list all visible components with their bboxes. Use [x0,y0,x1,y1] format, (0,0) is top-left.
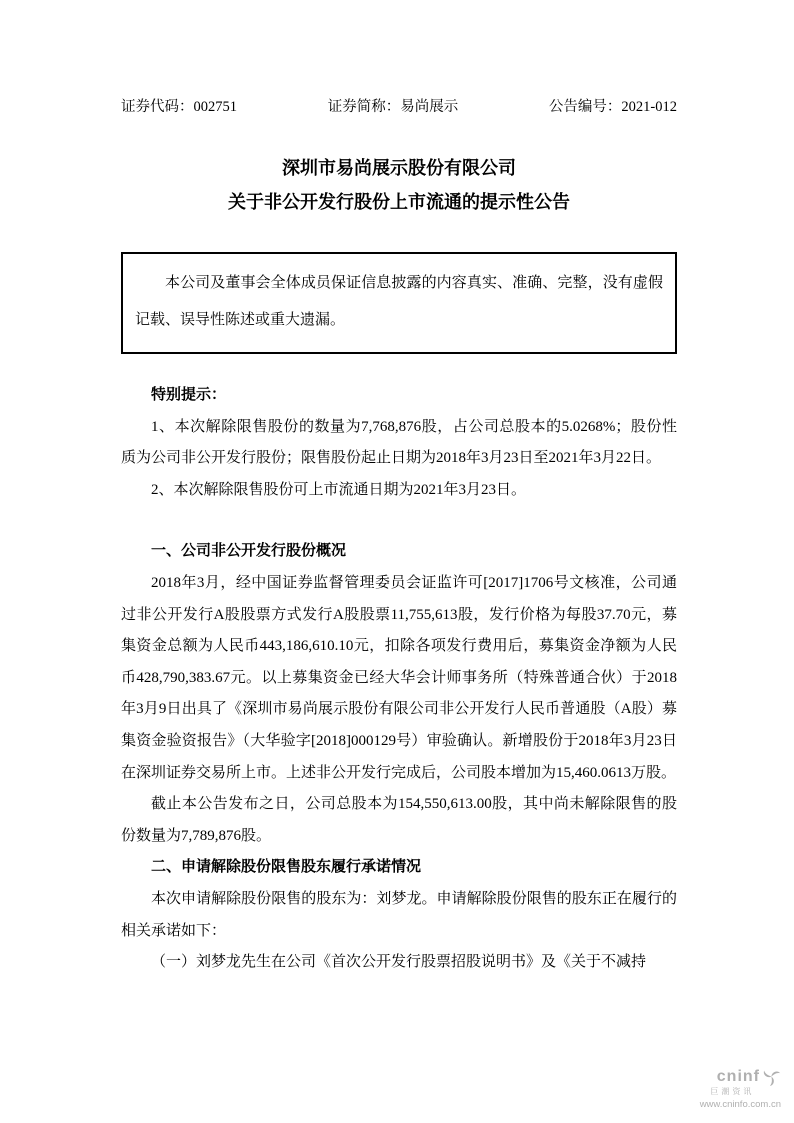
section-1-paragraph-2: 截止本公告发布之日，公司总股本为154,550,613.00股，其中尚未解除限售… [121,789,677,852]
special-notice-heading: 特别提示： [121,380,677,412]
cninfo-watermark: cninf 巨潮资讯 www.cninfo.com.cn [700,1067,781,1111]
special-notice-item-2: 2、本次解除限售股份可上市流通日期为2021年3月23日。 [121,475,677,507]
company-title: 深圳市易尚展示股份有限公司 [121,158,677,178]
section-2-heading: 二、申请解除股份限售股东履行承诺情况 [121,852,677,884]
cninfo-brand-chinese: 巨潮资讯 [700,1087,765,1097]
cninfo-logo-text: cninf [717,1069,760,1085]
stock-name: 证券简称：易尚展示 [328,98,459,116]
disclaimer-text: 本公司及董事会全体成员保证信息披露的内容真实、准确、完整，没有虚假记载、误导性陈… [135,265,663,339]
document-body: 特别提示： 1、本次解除限售股份的数量为7,768,876股，占公司总股本的5.… [121,380,677,979]
special-notice-item-1: 1、本次解除限售股份的数量为7,768,876股，占公司总股本的5.0268%；… [121,412,677,475]
cninfo-url-text: www.cninfo.com.cn [700,1099,781,1111]
section-2-paragraph-2: （一）刘梦龙先生在公司《首次公开发行股票招股说明书》及《关于不减持 [121,947,677,979]
announcement-title: 关于非公开发行股份上市流通的提示性公告 [121,192,677,212]
disclaimer-box: 本公司及董事会全体成员保证信息披露的内容真实、准确、完整，没有虚假记载、误导性陈… [121,252,677,354]
announcement-number: 公告编号：2021-012 [549,98,677,116]
section-1-paragraph-1: 2018年3月，经中国证券监督管理委员会证监许可[2017]1706号文核准，公… [121,568,677,789]
section-2-paragraph-1: 本次申请解除股份限售的股东为：刘梦龙。申请解除股份限售的股东正在履行的相关承诺如… [121,884,677,947]
cninfo-logo-row: cninf [700,1067,781,1087]
section-1-heading: 一、公司非公开发行股份概况 [121,536,677,568]
stock-code: 证券代码：002751 [121,98,237,116]
cninfo-swirl-icon [761,1067,781,1087]
document-content: 证券代码：002751 证券简称：易尚展示 公告编号：2021-012 深圳市易… [121,0,677,979]
document-page: 证券代码：002751 证券简称：易尚展示 公告编号：2021-012 深圳市易… [0,0,794,1123]
document-header: 证券代码：002751 证券简称：易尚展示 公告编号：2021-012 [121,98,677,116]
